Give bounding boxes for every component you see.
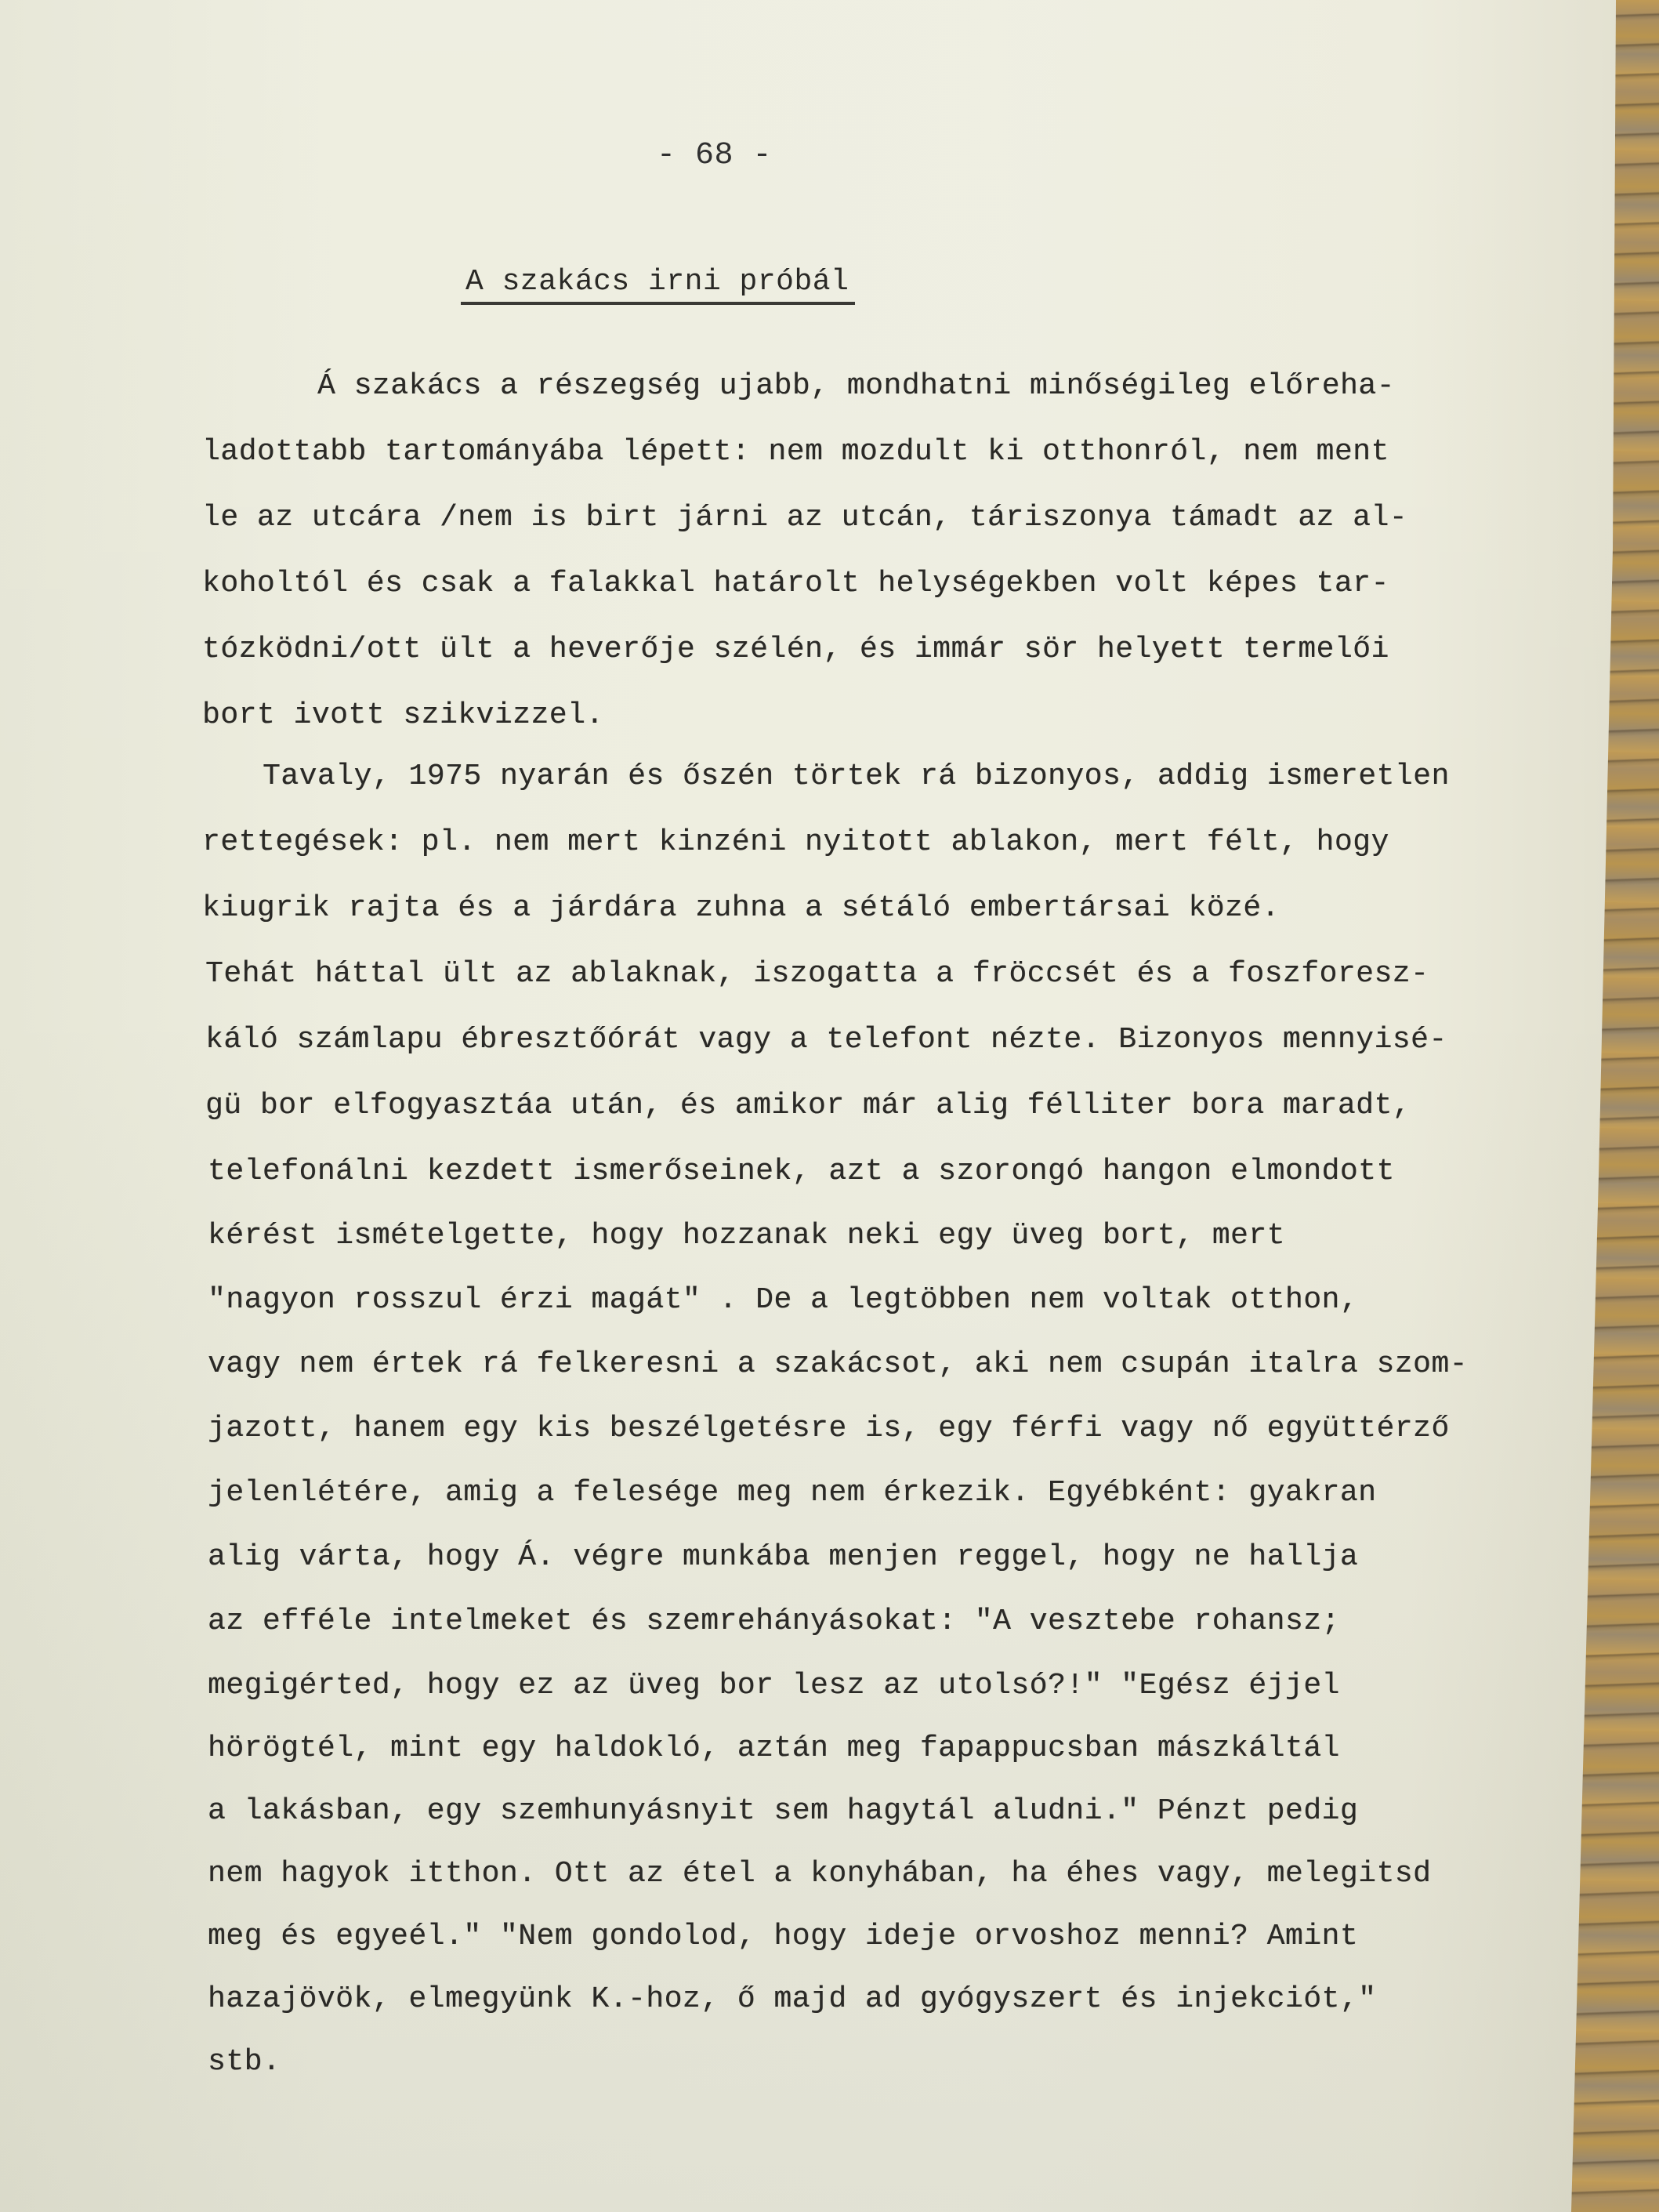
text-line: jelenlétére, amig a felesége meg nem érk… bbox=[208, 1478, 1376, 1508]
text-line: megigérted, hogy ez az üveg bor lesz az … bbox=[208, 1671, 1340, 1701]
text-line: hazajövök, elmegyünk K.-hoz, ő majd ad g… bbox=[208, 1985, 1376, 2014]
text-line: hörögtél, mint egy haldokló, aztán meg f… bbox=[208, 1734, 1340, 1764]
text-line: gü bor elfogyasztáa után, és amikor már … bbox=[205, 1091, 1411, 1121]
text-line: kérést ismételgette, hogy hozzanak neki … bbox=[208, 1221, 1285, 1251]
text-line: kiugrik rajta és a járdára zuhna a sétál… bbox=[202, 894, 1280, 923]
text-line: "nagyon rosszul érzi magát" . De a legtö… bbox=[208, 1285, 1358, 1315]
text-line: Á szakács a részegség ujabb, mondhatni m… bbox=[317, 372, 1395, 401]
text-line: az efféle intelmeket és szemrehányásokat… bbox=[208, 1607, 1340, 1637]
text-line: rettegések: pl. nem mert kinzéni nyitott… bbox=[202, 828, 1389, 858]
text-line: Tehát háttal ült az ablaknak, iszogatta … bbox=[205, 959, 1429, 989]
text-line: bort ivott szikvizzel. bbox=[202, 701, 604, 731]
text-line: Tavaly, 1975 nyarán és őszén törtek rá b… bbox=[263, 762, 1450, 792]
page-number: - 68 - bbox=[657, 138, 772, 173]
text-line: stb. bbox=[208, 2047, 281, 2077]
text-line: telefonálni kezdett ismerőseinek, azt a … bbox=[208, 1157, 1395, 1187]
typewritten-page: - 68 - A szakács irni próbál Á szakács a… bbox=[0, 0, 1659, 2212]
text-line: le az utcára /nem is birt járni az utcán… bbox=[202, 503, 1407, 533]
text-line: ladottabb tartományába lépett: nem mozdu… bbox=[202, 437, 1389, 467]
text-line: káló számlapu ébresztőórát vagy a telefo… bbox=[205, 1025, 1447, 1055]
text-line: a lakásban, egy szemhunyásnyit sem hagyt… bbox=[208, 1797, 1358, 1826]
text-line: jazott, hanem egy kis beszélgetésre is, … bbox=[208, 1414, 1450, 1444]
text-line: meg és egyeél." "Nem gondolod, hogy idej… bbox=[208, 1922, 1358, 1952]
text-line: tózködni/ott ült a heverője szélén, és i… bbox=[202, 635, 1389, 665]
section-title: A szakács irni próbál bbox=[461, 265, 855, 305]
text-line: nem hagyok itthon. Ott az étel a konyháb… bbox=[208, 1859, 1431, 1889]
text-line: vagy nem értek rá felkeresni a szakácsot… bbox=[208, 1350, 1468, 1380]
text-line: alig várta, hogy Á. végre munkába menjen… bbox=[208, 1543, 1358, 1572]
text-line: koholtól és csak a falakkal határolt hel… bbox=[202, 569, 1389, 599]
